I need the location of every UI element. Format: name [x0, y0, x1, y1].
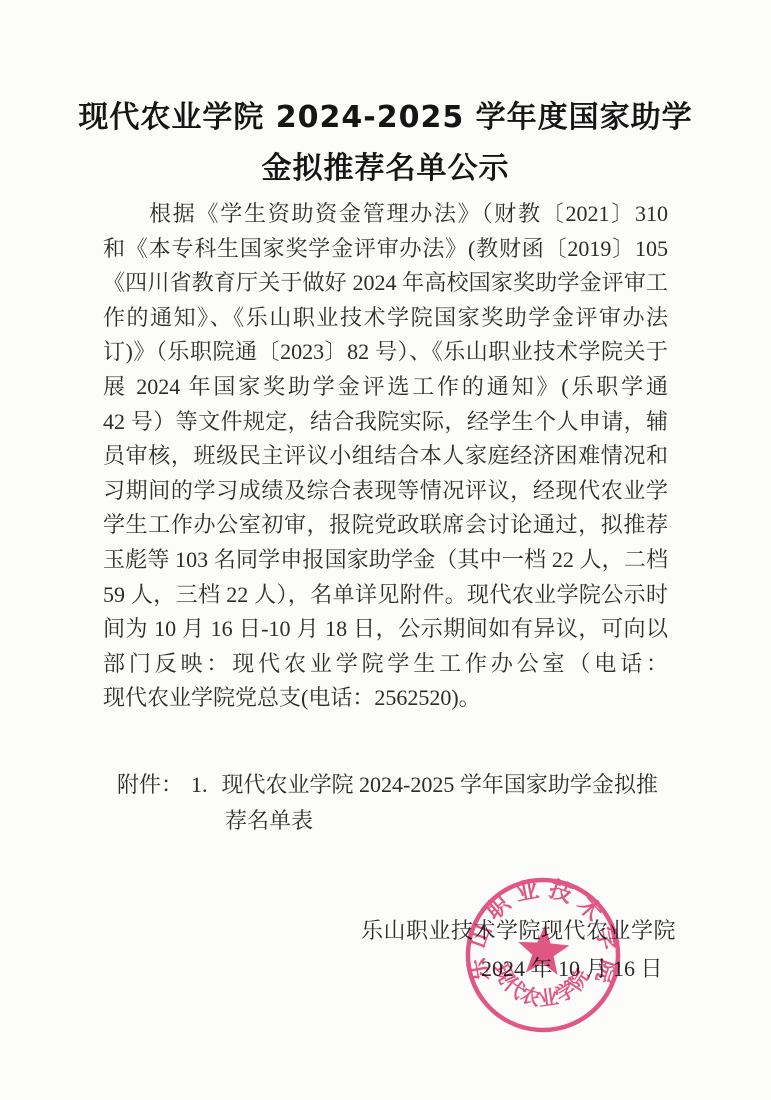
body-line: 订)》（乐职院通〔2023〕82 号）、《乐山职业技术学院关于开	[103, 335, 668, 370]
attachment-item-number: 1.	[191, 772, 208, 797]
body-line: 部门反映：现代农业学院学生工作办公室（电话：2566210)，	[103, 647, 668, 682]
body-line: 作的通知》、《乐山职业技术学院国家奖助学金评审办法（修	[103, 301, 668, 336]
body-line: 展 2024 年国家奖助学金评选工作的通知》(乐职学通〔2024〕	[103, 370, 668, 405]
document-page: 现代农业学院 2024-2025 学年度国家助学 金拟推荐名单公示 根据《学生资…	[0, 0, 771, 1100]
body-line: 59 人，三档 22 人），名单详见附件。现代农业学院公示时	[103, 578, 668, 613]
attachment-label: 附件：	[117, 772, 183, 797]
body-line: 现代农业学院党总支(电话：2562520)。	[103, 681, 668, 716]
page-title-line1: 现代农业学院 2024-2025 学年度国家助学	[0, 92, 771, 143]
body-paragraph: 根据《学生资助资金管理办法》（财教〔2021〕310 号） 和《本专科生国家奖学…	[103, 197, 668, 716]
body-line: 和《本专科生国家奖学金评审办法》(教财函〔2019〕105 号)、	[103, 232, 668, 267]
body-line: 习期间的学习成绩及综合表现等情况评议，经现代农业学院	[103, 474, 668, 509]
attachment-item-title: 现代农业学院 2024-2025 学年国家助学金拟推	[222, 772, 658, 797]
body-line: 42 号）等文件规定，结合我院实际，经学生个人申请，辅导	[103, 405, 668, 440]
body-line: 《四川省教育厅关于做好 2024 年高校国家奖助学金评审工	[103, 266, 668, 301]
body-line: 学生工作办公室初审，报院党政联席会讨论通过，拟推荐吴	[103, 508, 668, 543]
body-line: 员审核，班级民主评议小组结合本人家庭经济困难情况和学	[103, 439, 668, 474]
attachment-line1: 附件：1.现代农业学院 2024-2025 学年国家助学金拟推	[117, 767, 658, 803]
page-title-line2: 金拟推荐名单公示	[0, 143, 771, 194]
page-title: 现代农业学院 2024-2025 学年度国家助学 金拟推荐名单公示	[0, 92, 771, 194]
seal-bottom-text: 现代农业学院	[486, 958, 595, 1015]
attachment-line2: 荐名单表	[117, 803, 658, 839]
body-line: 根据《学生资助资金管理办法》（财教〔2021〕310 号）	[103, 197, 668, 232]
attachment-section: 附件：1.现代农业学院 2024-2025 学年国家助学金拟推 荐名单表	[117, 767, 658, 838]
body-line: 间为 10 月 16 日-10 月 18 日，公示期间如有异议，可向以下	[103, 612, 668, 647]
official-seal: 乐山职业技术学院 现代农业学院	[435, 847, 651, 1063]
seal-star-icon	[516, 923, 571, 975]
body-line: 玉彪等 103 名同学申报国家助学金（其中一档 22 人，二档	[103, 543, 668, 578]
